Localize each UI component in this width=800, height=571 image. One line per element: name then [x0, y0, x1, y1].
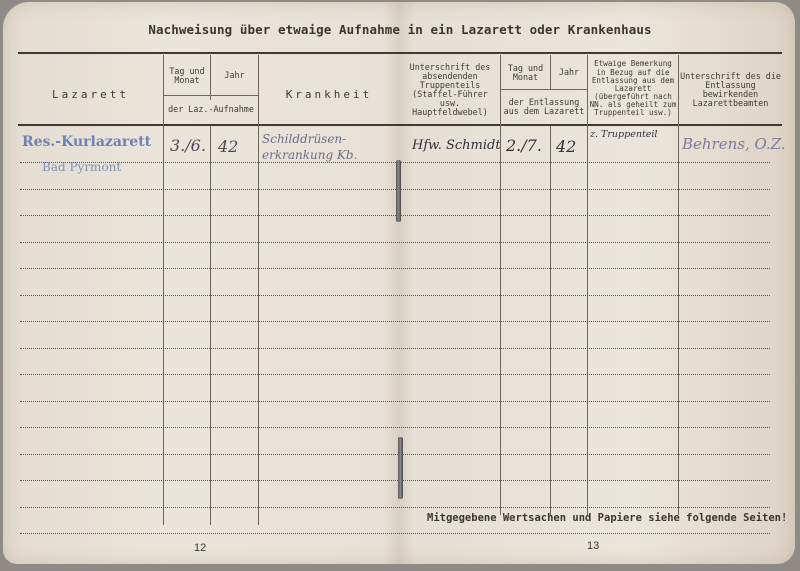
table-row-line [20, 401, 770, 402]
header-top-rule [18, 52, 782, 54]
table-row-line [20, 321, 770, 322]
table-row-line [20, 268, 770, 269]
header-lazarett: Lazarett [18, 80, 163, 110]
header-aufnahme-tag-monat: Tag und Monat [164, 58, 210, 94]
table-row-line [20, 295, 770, 296]
table-row-line [20, 480, 770, 481]
header-krankheit: Krankheit [259, 80, 399, 110]
header-entlassung-tag-monat: Tag und Monat [501, 58, 550, 88]
footer-note: Mitgegebene Wertsachen und Papiere siehe… [427, 512, 787, 524]
booklet-scan: Nachweisung über etwaige Aufnahme in ein… [0, 0, 800, 571]
table-row-line [20, 348, 770, 349]
header-aufnahme-jahr: Jahr [211, 58, 258, 94]
header-entlassung-jahr: Jahr [551, 58, 587, 88]
bemerkung-value: z. Truppenteil [590, 129, 657, 140]
entlassung-jahr-value: 42 [556, 137, 576, 156]
page-title: Nachweisung über etwaige Aufnahme in ein… [0, 22, 800, 37]
unterschrift-lazarettbeamten-value: Behrens, O.Z. [682, 135, 786, 153]
subheader-rule [500, 89, 587, 90]
table-row-line [20, 189, 770, 190]
header-bemerkung: Etwaige Bemerkung in Bezug auf die Entla… [588, 55, 678, 123]
staple-lower [398, 437, 403, 499]
header-entlassung-group: der Entlassung aus dem Lazarett [501, 91, 587, 123]
table-row-line [20, 454, 770, 455]
table-row-line [20, 215, 770, 216]
subheader-rule [163, 95, 258, 96]
column-divider [678, 55, 679, 515]
table-row-line [20, 162, 770, 163]
table-row-line [20, 427, 770, 428]
staple-upper [396, 160, 401, 222]
unterschrift-truppenteil-value: Hfw. Schmidt [412, 138, 501, 153]
lazarett-stamp-name: Res.-Kurlazarett [22, 134, 151, 150]
entlassung-tag-monat-value: 2./7. [506, 136, 542, 155]
aufnahme-tag-monat-value: 3./6. [170, 136, 206, 155]
table-row-line [20, 533, 770, 534]
header-bottom-rule [18, 124, 782, 126]
column-divider [210, 126, 211, 525]
column-divider [500, 55, 501, 515]
column-divider [587, 55, 588, 515]
header-unterschrift-truppenteil: Unterschrift des absendenden Truppenteil… [400, 58, 500, 122]
table-row-line [20, 242, 770, 243]
header-unterschrift-lazarettbeamten: Unterschrift des die Entlassung bewirken… [679, 58, 782, 122]
table-row-line [20, 374, 770, 375]
table-row-line [20, 507, 770, 508]
krankheit-value-line1: Schilddrüsen- [262, 132, 346, 146]
lazarett-stamp-location: Bad Pyrmont [42, 160, 121, 174]
page-number-left: 12 [194, 542, 206, 554]
krankheit-value-line2: erkrankung Kb. [262, 148, 357, 162]
header-aufnahme-group: der Laz.-Aufnahme [164, 97, 258, 123]
page-number-right: 13 [587, 540, 599, 552]
aufnahme-jahr-value: 42 [218, 137, 238, 156]
